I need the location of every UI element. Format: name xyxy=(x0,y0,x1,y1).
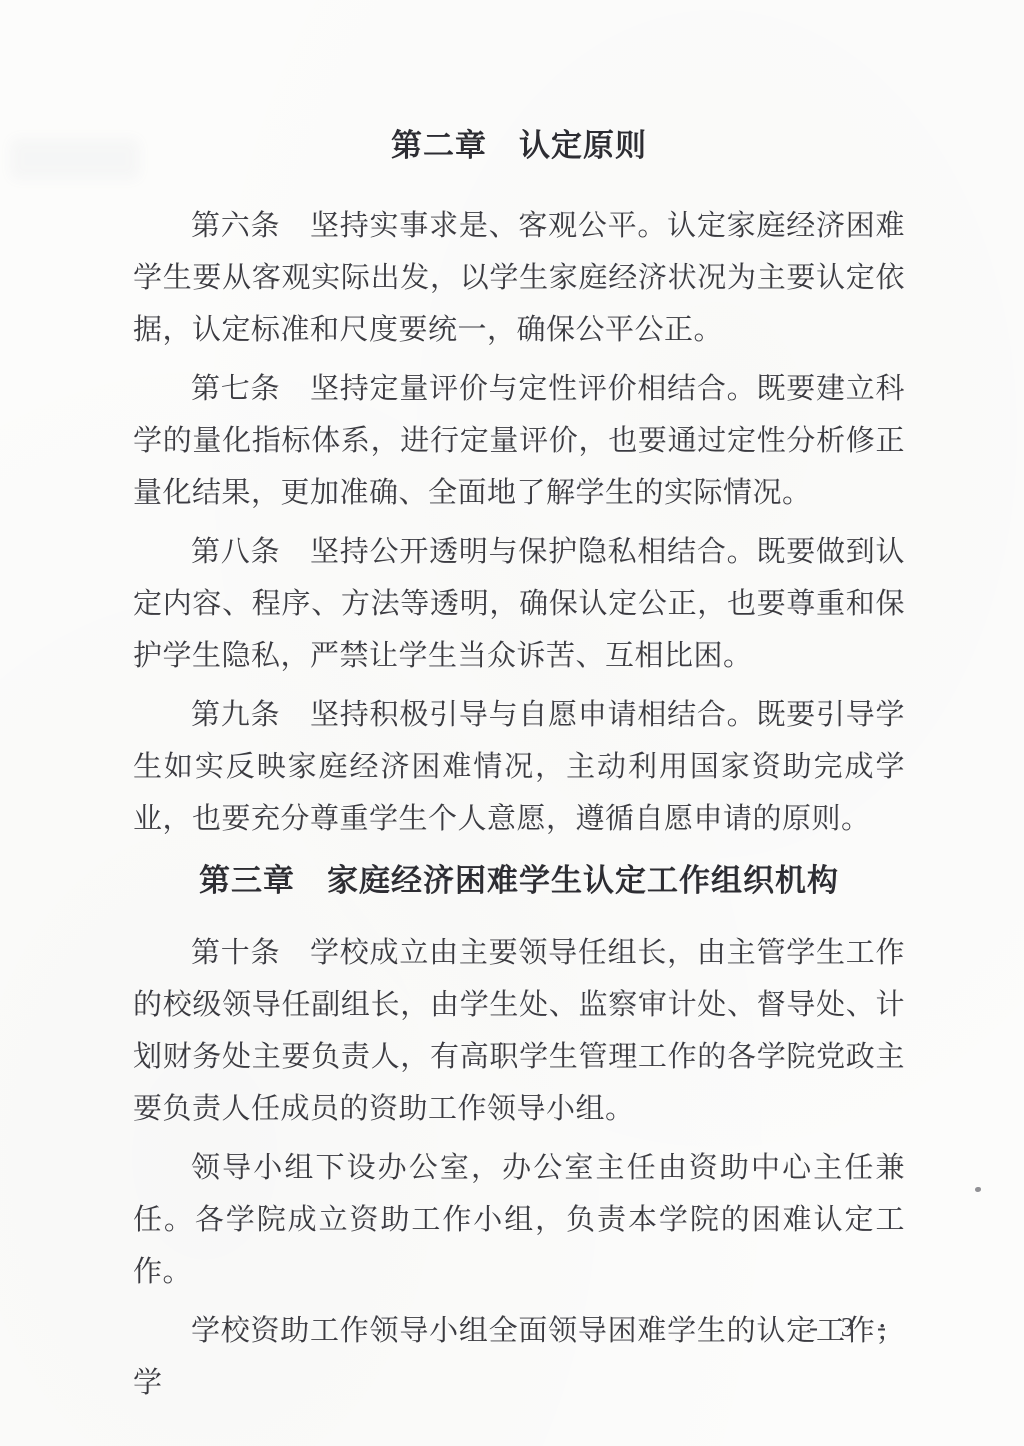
scanned-document-page: 第二章 认定原则 第六条 坚持实事求是、客观公平。认定家庭经济困难学生要从客观实… xyxy=(0,0,1024,1446)
chapter-3-heading: 第三章 家庭经济困难学生认定工作组织机构 xyxy=(133,861,905,901)
article-7-paragraph: 第七条 坚持定量评价与定性评价相结合。既要建立科学的量化指标体系，进行定量评价，… xyxy=(133,363,905,519)
continuation-paragraph: 学校资助工作领导小组全面领导困难学生的认定工作；学 xyxy=(133,1305,905,1409)
page-number: - 3 - xyxy=(809,1312,894,1343)
scan-bleed-through-artifact xyxy=(10,138,140,180)
article-9-paragraph: 第九条 坚持积极引导与自愿申请相结合。既要引导学生如实反映家庭经济困难情况，主动… xyxy=(133,689,905,845)
document-content: 第二章 认定原则 第六条 坚持实事求是、客观公平。认定家庭经济困难学生要从客观实… xyxy=(133,126,905,1416)
article-8-paragraph: 第八条 坚持公开透明与保护隐私相结合。既要做到认定内容、程序、方法等透明，确保认… xyxy=(133,526,905,682)
chapter-2-heading: 第二章 认定原则 xyxy=(133,126,905,166)
leading-group-office-paragraph: 领导小组下设办公室，办公室主任由资助中心主任兼任。各学院成立资助工作小组，负责本… xyxy=(133,1142,905,1298)
scan-speck-artifact xyxy=(975,1187,981,1192)
article-10-paragraph: 第十条 学校成立由主要领导任组长，由主管学生工作的校级领导任副组长，由学生处、监… xyxy=(133,927,905,1135)
article-6-paragraph: 第六条 坚持实事求是、客观公平。认定家庭经济困难学生要从客观实际出发，以学生家庭… xyxy=(133,200,905,356)
